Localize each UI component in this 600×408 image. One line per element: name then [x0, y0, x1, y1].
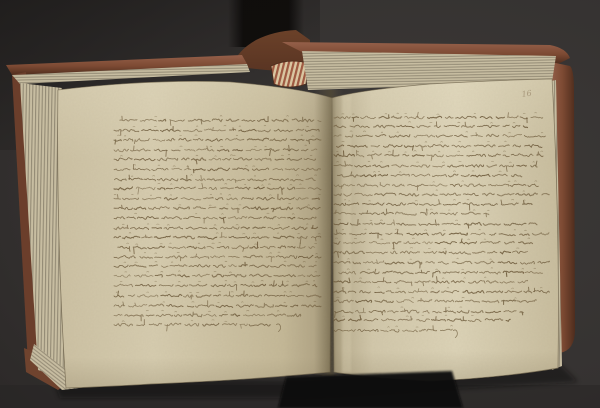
folio-number: 16: [521, 89, 532, 99]
headband: [271, 61, 308, 87]
clasp-strap-shadow: [278, 371, 463, 408]
script-stroke: [166, 188, 172, 189]
photo-canvas: 16: [0, 0, 600, 408]
